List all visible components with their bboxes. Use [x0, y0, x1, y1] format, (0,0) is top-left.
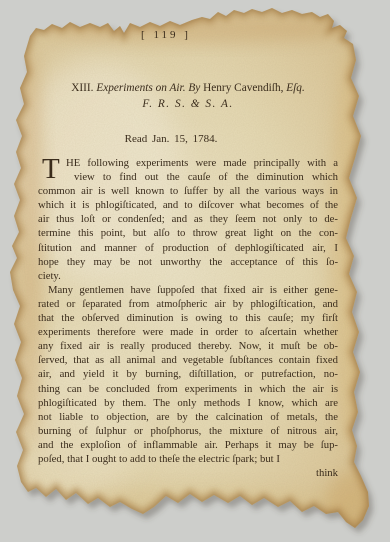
- body-line: HE following experiments were made princ…: [38, 156, 338, 170]
- article-honorific: Eſq.: [286, 82, 305, 94]
- body-line: ciety.: [38, 269, 338, 283]
- article-number: XIII.: [71, 82, 93, 94]
- catchword: think: [38, 466, 338, 480]
- body-line: phlogiſticated by them. The only methods…: [38, 396, 338, 410]
- article-body: HE following experiments were made princ…: [38, 156, 338, 480]
- author-credentials: F. R. S. & S. A.: [142, 98, 233, 110]
- body-line: Many gentlemen have ſuppoſed that fixed …: [38, 283, 338, 297]
- body-line: which it is phlogiſticated, and to diſco…: [38, 198, 338, 212]
- body-line: any fixed air is really produced thereby…: [38, 339, 338, 353]
- article-author: Henry Cavendiſh,: [203, 82, 283, 94]
- paragraph: Many gentlemen have ſuppoſed that fixed …: [38, 283, 338, 466]
- article-subtitle: F. R. S. & S. A.: [38, 97, 338, 113]
- body-line: view to find out the cauſe of the diminu…: [38, 170, 338, 184]
- body-line: that the obſerved diminution is owing to…: [38, 311, 338, 325]
- body-line: rated or ſeparated from atmoſpheric air …: [38, 297, 338, 311]
- scanned-page: [ 119 ] XIII. Experiments on Air. By Hen…: [0, 0, 390, 542]
- body-line: common air is well known to ſuffer by al…: [38, 184, 338, 198]
- body-line: not liable to objection, are by the calc…: [38, 410, 338, 424]
- article-title-work: Experiments on Air.: [96, 82, 185, 94]
- article-heading: XIII. Experiments on Air. By Henry Caven…: [38, 81, 338, 112]
- paragraph: think: [38, 466, 338, 480]
- article-title-by: By: [188, 82, 200, 94]
- body-line: poſed, that I ought to add to theſe the …: [38, 452, 338, 466]
- body-line: and the exploſion of inflammable air. Pe…: [38, 438, 338, 452]
- body-line: thing can be concluded from experiments …: [38, 382, 338, 396]
- page-number: [ 119 ]: [38, 29, 338, 41]
- body-line: ſerved, that as all animal and vegetable…: [38, 353, 338, 367]
- paragraph: HE following experiments were made princ…: [38, 156, 338, 283]
- body-line: ſtitution and manner of production of de…: [38, 241, 338, 255]
- body-line: hope they may be not unworthy the accept…: [38, 255, 338, 269]
- read-date-line: Read Jan. 15, 1784.: [38, 133, 338, 145]
- body-line: air, and yield it by burning, diſtillati…: [38, 367, 338, 381]
- drop-cap: T: [42, 156, 60, 183]
- body-line: burning of ſulphur or phoſphorus, the mi…: [38, 424, 338, 438]
- body-line: air thus loſt or condenſed; and as they …: [38, 212, 338, 226]
- body-line: termine this point, but alſo to throw gr…: [38, 226, 338, 240]
- body-line: experiments therefore were made in order…: [38, 325, 338, 339]
- article-title: XIII. Experiments on Air. By Henry Caven…: [38, 81, 338, 97]
